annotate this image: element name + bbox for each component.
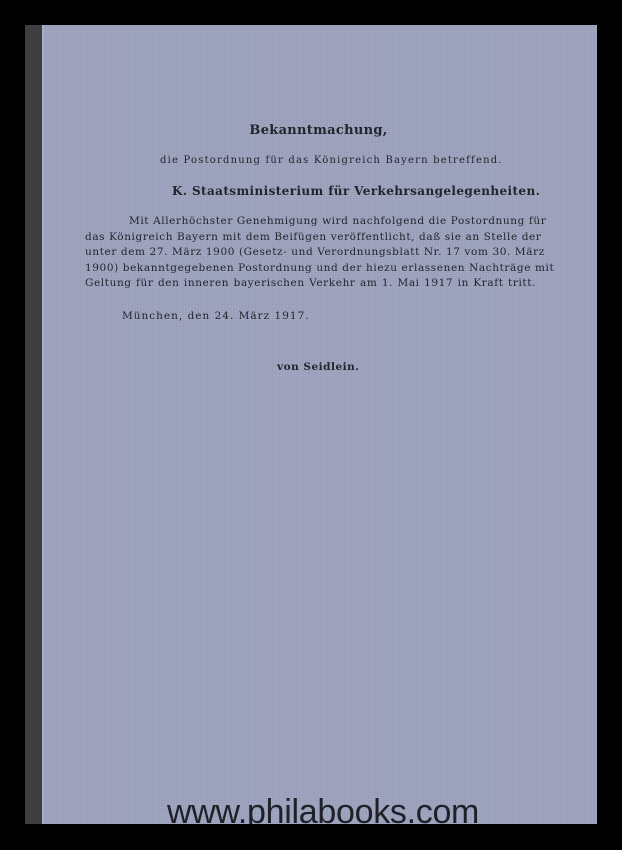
- spine-edge: [42, 25, 44, 824]
- watermark: www.philabooks.com: [167, 795, 479, 824]
- body-line: 1900) bekanntgegebenen Postordnung und d…: [85, 261, 536, 277]
- signature: von Seidlein.: [277, 361, 359, 373]
- document-subtitle: die Postordnung für das Königreich Bayer…: [160, 155, 503, 166]
- body-line: das Königreich Bayern mit dem Beifügen v…: [85, 230, 536, 246]
- binding-spine: [25, 25, 42, 824]
- body-line: Geltung für den inneren bayerischen Verk…: [85, 276, 536, 292]
- document-page: Bekanntmachung, die Postordnung für das …: [25, 25, 597, 824]
- body-paragraph: Mit Allerhöchster Genehmigung wird nachf…: [85, 214, 536, 292]
- body-line: unter dem 27. März 1900 (Gesetz- und Ver…: [85, 245, 536, 261]
- document-title: Bekanntmachung,: [25, 123, 597, 138]
- place-date: München, den 24. März 1917.: [122, 310, 310, 322]
- ministry-heading: K. Staatsministerium für Verkehrsangeleg…: [172, 184, 540, 198]
- body-line: Mit Allerhöchster Genehmigung wird nachf…: [85, 214, 536, 230]
